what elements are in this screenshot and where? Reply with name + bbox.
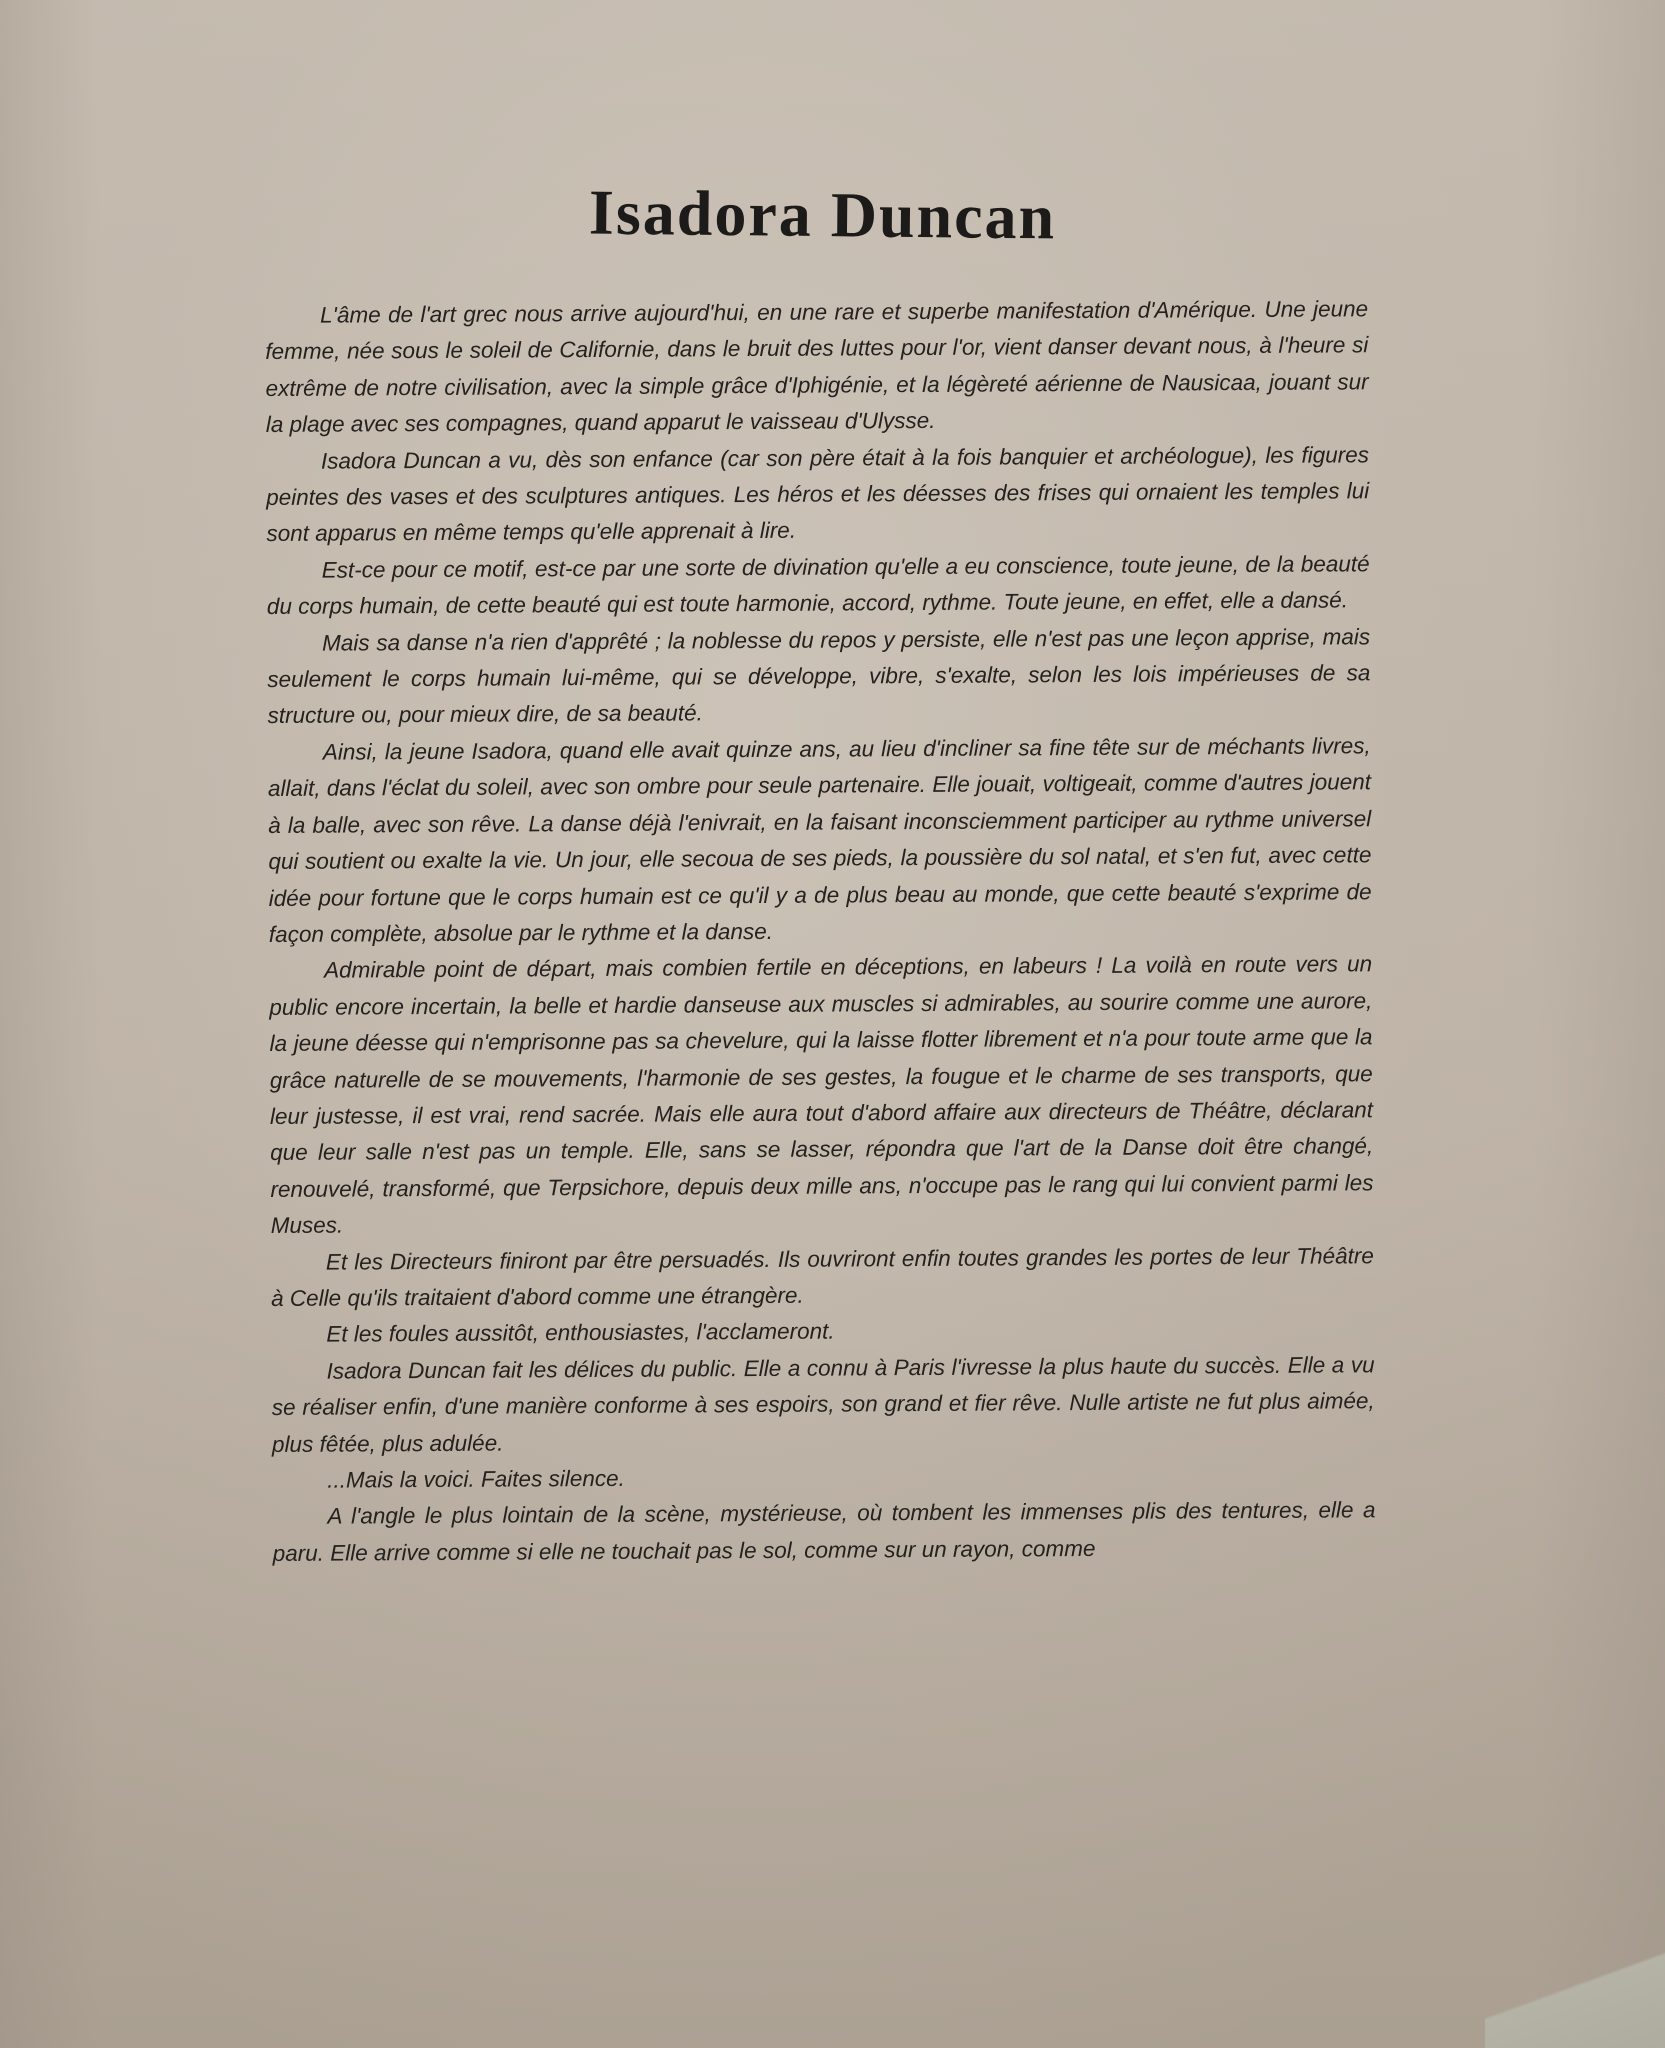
paragraph-2: Isadora Duncan a vu, dès son enfance (ca…	[266, 437, 1370, 553]
paragraph-9: Isadora Duncan fait les délices du publi…	[271, 1347, 1375, 1463]
paragraph-5: Ainsi, la jeune Isadora, quand elle avai…	[268, 728, 1372, 953]
paragraph-7: Et les Directeurs finiront par être pers…	[271, 1238, 1374, 1318]
paragraph-3: Est-ce pour ce motif, est-ce par une sor…	[267, 546, 1370, 626]
paragraph-1: L'âme de l'art grec nous arrive aujourd'…	[265, 291, 1369, 443]
paragraph-11: A l'angle le plus lointain de la scène, …	[272, 1493, 1375, 1573]
paragraph-4: Mais sa danse n'a rien d'apprêté ; la no…	[267, 619, 1371, 735]
page-title: Isadora Duncan	[0, 178, 1665, 252]
page-corner-shadow	[1485, 1938, 1665, 2048]
paper-page: Isadora Duncan L'âme de l'art grec nous …	[0, 0, 1665, 2048]
paragraph-6: Admirable point de départ, mais combien …	[269, 947, 1374, 1245]
article-body: L'âme de l'art grec nous arrive aujourd'…	[265, 291, 1376, 1572]
